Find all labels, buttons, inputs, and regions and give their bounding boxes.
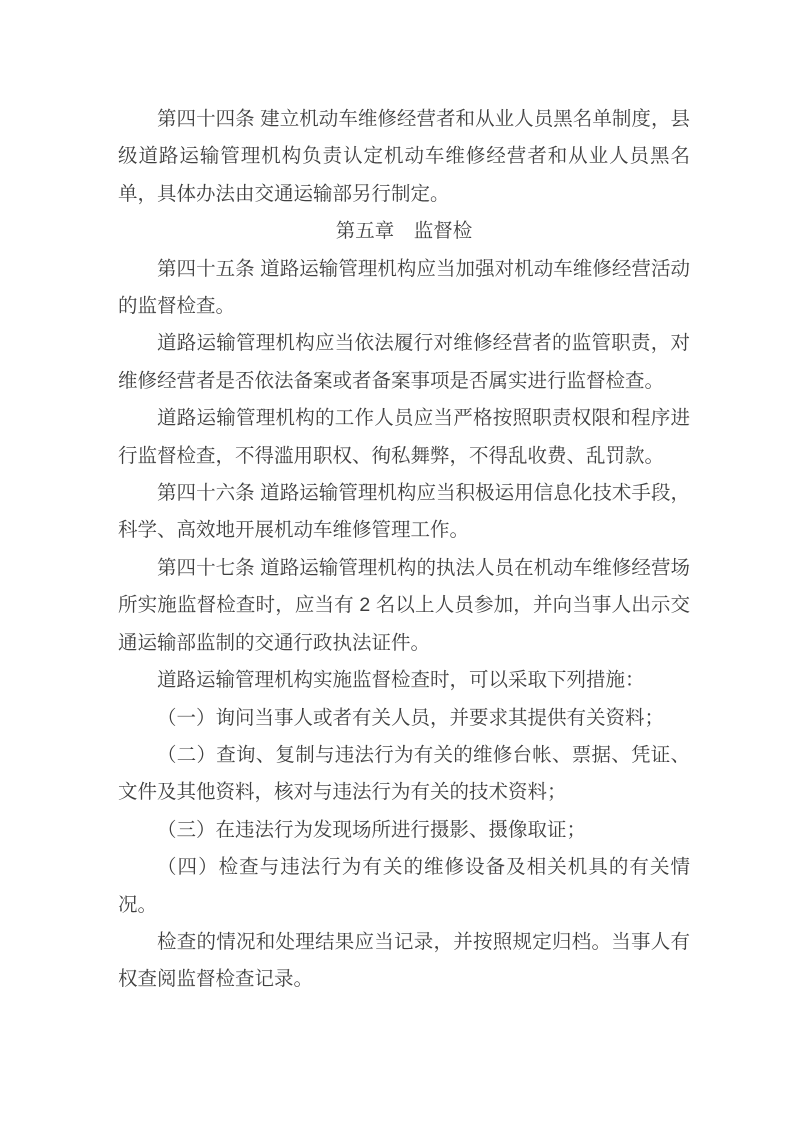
document-body: 第四十四条 建立机动车维修经营者和从业人员黑名单制度，县级道路运输管理机构负责认… [118,101,690,999]
paragraph-article-46: 第四十六条 道路运输管理机构应当积极运用信息化技术手段，科学、高效地开展机动车维… [118,475,690,550]
paragraph-article-44: 第四十四条 建立机动车维修经营者和从业人员黑名单制度，县级道路运输管理机构负责认… [118,101,690,213]
document-page: 第四十四条 建立机动车维修经营者和从业人员黑名单制度，县级道路运输管理机构负责认… [0,0,793,1122]
list-item-measure-3: （三）在违法行为发现场所进行摄影、摄像取证； [118,812,690,849]
list-item-measure-2: （二）查询、复制与违法行为有关的维修台帐、票据、凭证、文件及其他资料，核对与违法… [118,737,690,812]
paragraph-measures-intro: 道路运输管理机构实施监督检查时，可以采取下列措施： [118,662,690,699]
paragraph-records-closing: 检查的情况和处理结果应当记录，并按照规定归档。当事人有权查阅监督检查记录。 [118,924,690,999]
paragraph-article-45: 第四十五条 道路运输管理机构应当加强对机动车维修经营活动的监督检查。 [118,251,690,326]
list-item-measure-1: （一）询问当事人或者有关人员，并要求其提供有关资料； [118,700,690,737]
paragraph-article-45-sub3: 道路运输管理机构的工作人员应当严格按照职责权限和程序进行监督检查，不得滥用职权、… [118,400,690,475]
paragraph-article-47: 第四十七条 道路运输管理机构的执法人员在机动车维修经营场所实施监督检查时，应当有… [118,550,690,662]
list-item-measure-4: （四）检查与违法行为有关的维修设备及相关机具的有关情况。 [118,849,690,924]
chapter-heading: 第五章 监督检 [118,213,690,250]
paragraph-article-45-sub2: 道路运输管理机构应当依法履行对维修经营者的监管职责，对维修经营者是否依法备案或者… [118,325,690,400]
